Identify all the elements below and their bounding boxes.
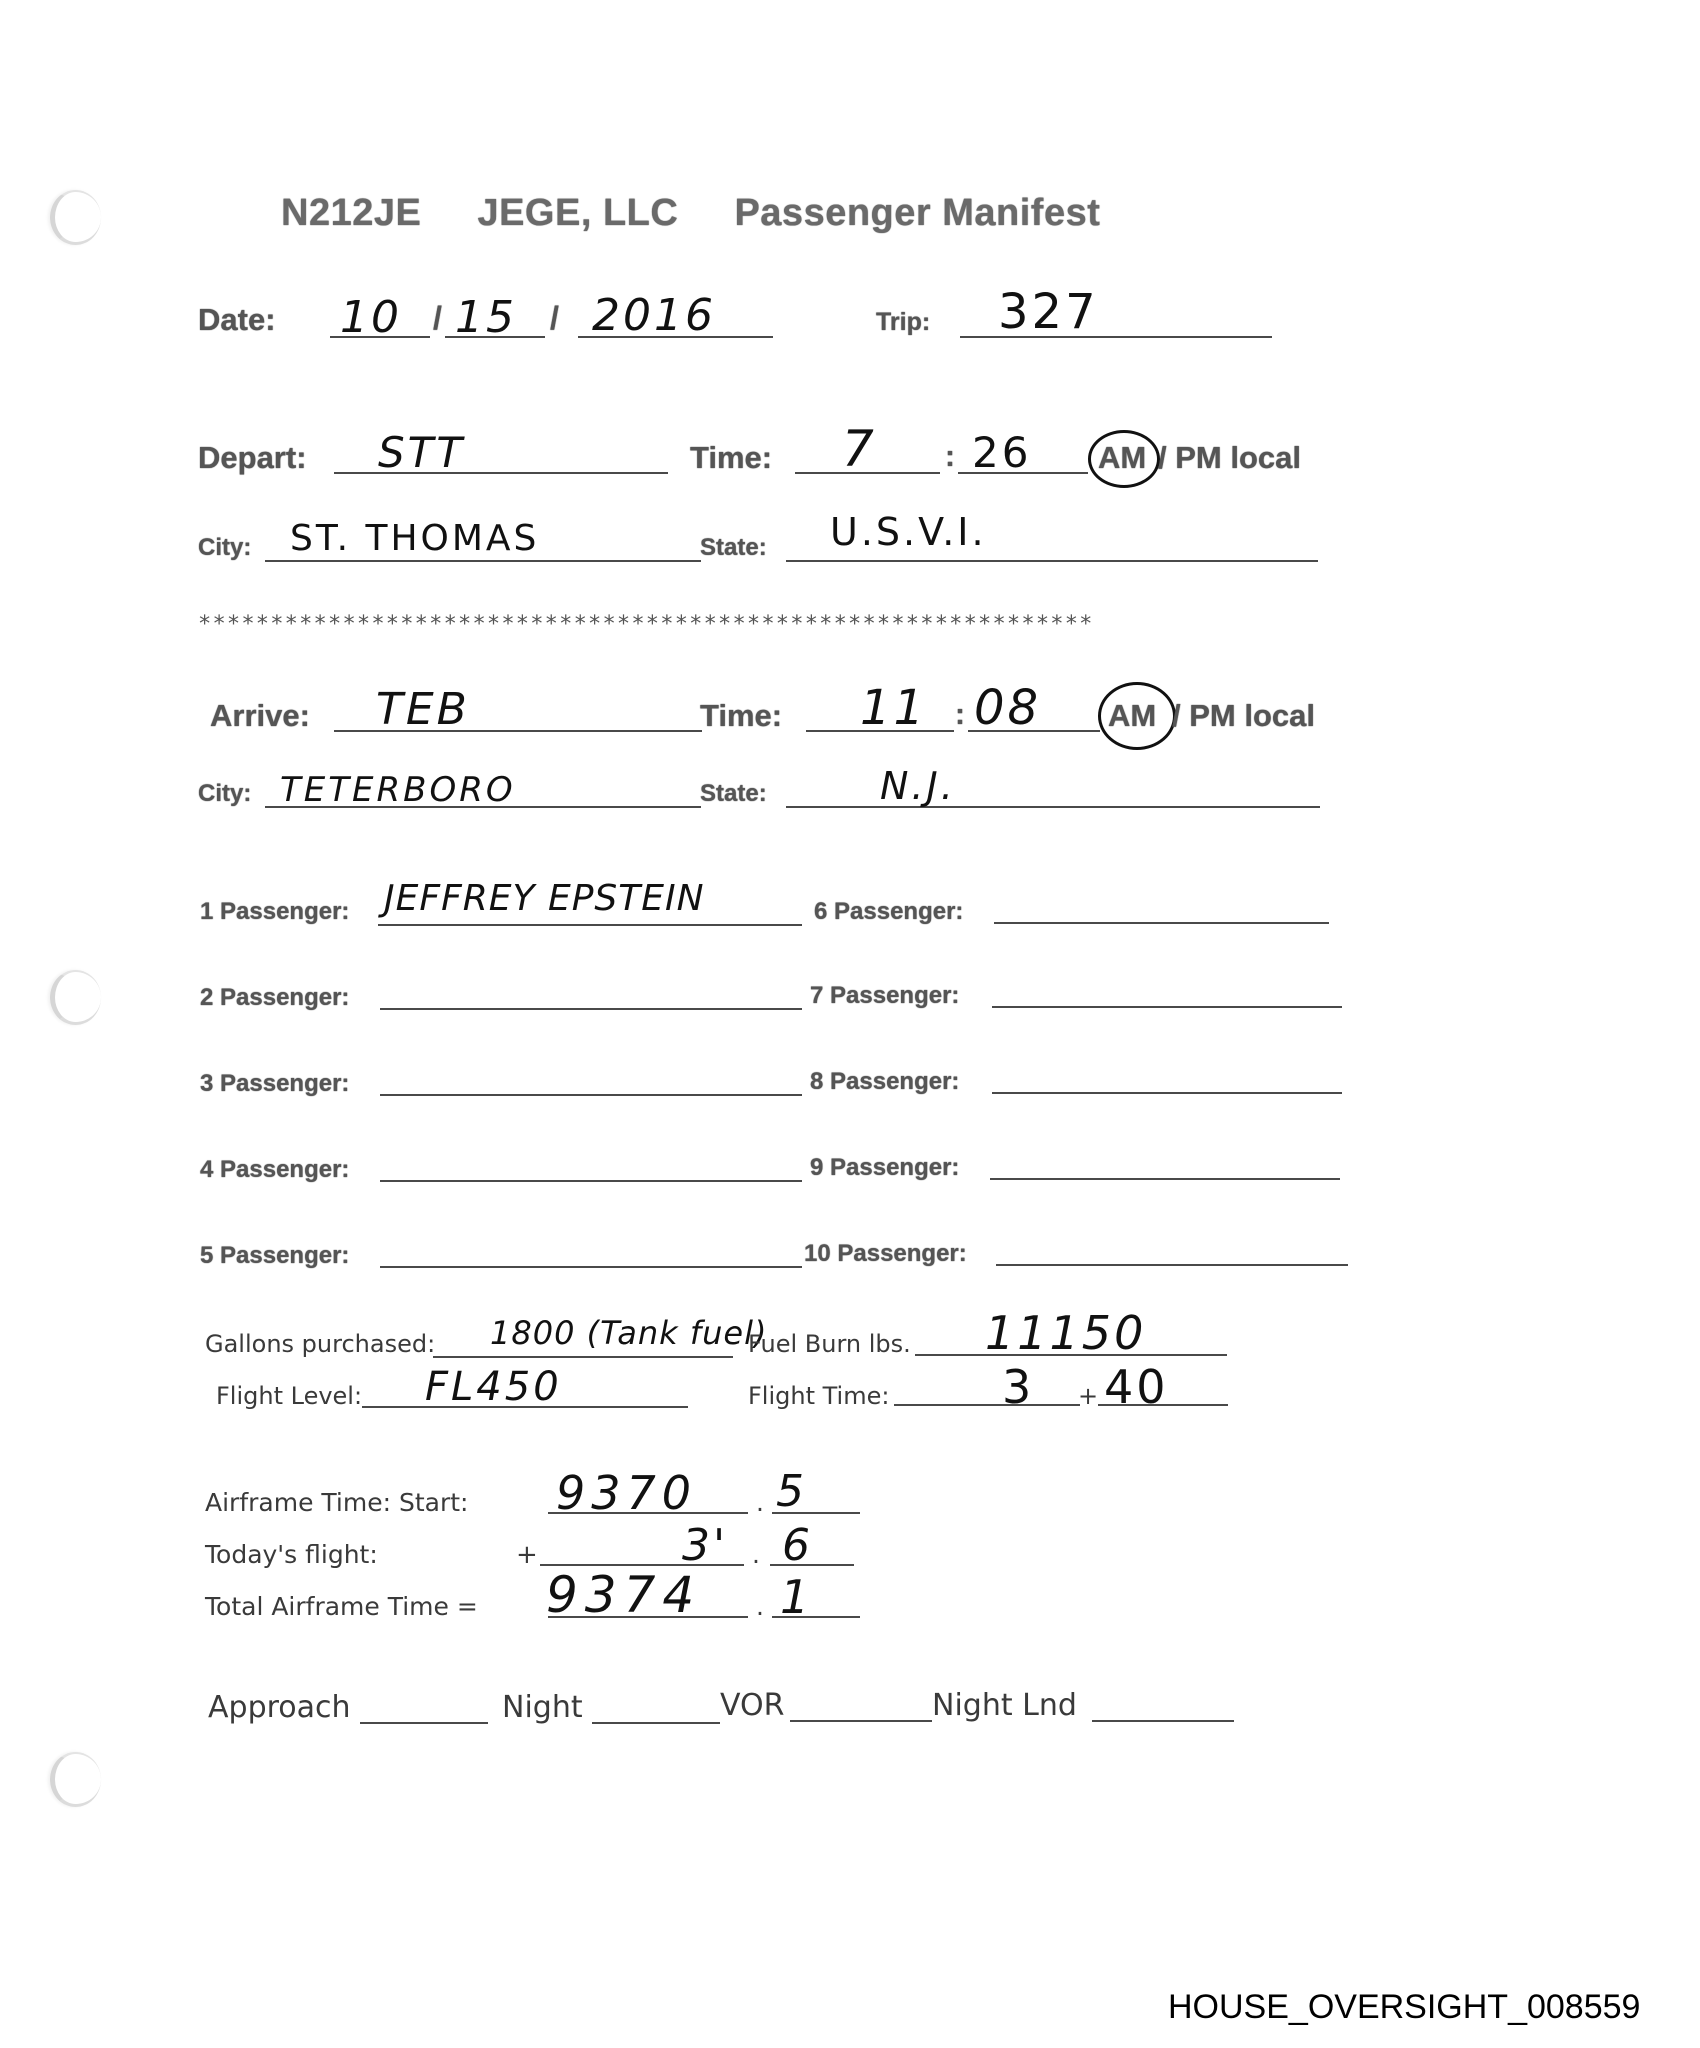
trip-label: Trip:: [876, 308, 930, 337]
arrive-time-colon: :: [955, 698, 965, 732]
passenger-10-field[interactable]: [996, 1264, 1348, 1266]
passenger-5-field[interactable]: [380, 1266, 802, 1268]
depart-city-field[interactable]: [265, 560, 701, 562]
depart-state-value: U.S.V.I.: [830, 510, 987, 554]
flight-time-separator: +: [1078, 1382, 1098, 1410]
flight-level-label: Flight Level:: [216, 1382, 362, 1410]
depart-city-value: ST. THOMAS: [290, 518, 539, 559]
passenger-1-name: JEFFREY EPSTEIN: [384, 878, 705, 919]
depart-am-selected-circle: [1088, 430, 1160, 488]
passenger-10-label: 10 Passenger:: [804, 1240, 967, 1268]
arrive-minute-value: 08: [974, 680, 1041, 736]
passenger-9-label: 9 Passenger:: [810, 1154, 959, 1182]
approach-label: Approach: [208, 1690, 351, 1725]
passenger-9-field[interactable]: [990, 1178, 1340, 1180]
passenger-1-label: 1 Passenger:: [200, 898, 349, 926]
depart-pm-local-label[interactable]: / PM local: [1158, 440, 1301, 476]
arrive-city-value: TETERBORO: [280, 770, 516, 810]
depart-airport-value: STT: [378, 428, 465, 477]
section-separator: ****************************************…: [198, 612, 1094, 637]
form-header: N212JE JEGE, LLC Passenger Manifest: [281, 192, 1100, 235]
night-label: Night: [502, 1690, 583, 1725]
passenger-5-label: 5 Passenger:: [200, 1242, 349, 1270]
vor-field[interactable]: [790, 1720, 932, 1722]
arrive-am-selected-circle: [1098, 682, 1176, 750]
todays-flight-tenth-value: 6: [782, 1520, 813, 1571]
depart-hour-value: 7: [842, 420, 877, 478]
passenger-2-field[interactable]: [380, 1008, 802, 1010]
todays-flight-plus: +: [516, 1540, 538, 1570]
punch-hole-top: [50, 190, 101, 245]
flight-time-hours-field[interactable]: [894, 1404, 1080, 1406]
flight-time-label: Flight Time:: [748, 1382, 889, 1410]
total-airframe-decimal: .: [756, 1592, 764, 1621]
vor-label: VOR: [720, 1688, 784, 1723]
passenger-6-label: 6 Passenger:: [814, 898, 963, 926]
punch-hole-middle: [50, 970, 101, 1025]
airframe-start-label: Airframe Time: Start:: [205, 1488, 468, 1517]
punch-hole-bottom: [50, 1752, 101, 1807]
arrive-state-label: State:: [700, 780, 767, 808]
arrive-time-label: Time:: [700, 698, 782, 734]
fuel-burn-label: Fuel Burn lbs.: [748, 1330, 911, 1358]
form-title: Passenger Manifest: [734, 192, 1100, 234]
todays-flight-label: Today's flight:: [205, 1540, 378, 1569]
airframe-start-decimal: .: [756, 1488, 764, 1517]
airframe-start-whole-value: 9370: [556, 1466, 697, 1520]
arrive-pm-local-label[interactable]: / PM local: [1172, 698, 1315, 734]
arrive-state-field[interactable]: [786, 806, 1320, 808]
passenger-8-field[interactable]: [992, 1092, 1342, 1094]
passenger-3-field[interactable]: [380, 1094, 802, 1096]
depart-minute-value: 26: [972, 428, 1031, 477]
gallons-field[interactable]: [433, 1356, 733, 1358]
night-landing-field[interactable]: [1092, 1720, 1234, 1722]
passenger-4-label: 4 Passenger:: [200, 1156, 349, 1184]
depart-state-field[interactable]: [786, 560, 1318, 562]
date-label: Date:: [198, 302, 276, 338]
passenger-8-label: 8 Passenger:: [810, 1068, 959, 1096]
date-year-value: 2016: [592, 290, 716, 341]
depart-time-colon: :: [945, 440, 955, 474]
passenger-3-label: 3 Passenger:: [200, 1070, 349, 1098]
date-day-value: 15: [455, 292, 517, 343]
flight-level-value: FL450: [425, 1364, 562, 1410]
arrive-airport-value: TEB: [376, 684, 470, 735]
night-field[interactable]: [592, 1722, 720, 1724]
date-separator: /: [433, 300, 442, 337]
depart-state-label: State:: [700, 534, 767, 562]
arrive-label: Arrive:: [210, 698, 310, 734]
gallons-value: 1800 (Tank fuel): [490, 1314, 767, 1352]
passenger-2-label: 2 Passenger:: [200, 984, 349, 1012]
todays-flight-whole-value: 3': [682, 1520, 728, 1571]
company-name: JEGE, LLC: [477, 192, 678, 234]
flight-time-minutes-value: 40: [1104, 1360, 1169, 1414]
total-airframe-label: Total Airframe Time =: [205, 1592, 478, 1621]
depart-label: Depart:: [198, 440, 307, 476]
trip-value: 327: [998, 284, 1099, 340]
total-airframe-tenth-value: 1: [780, 1570, 812, 1624]
passenger-7-field[interactable]: [992, 1006, 1342, 1008]
arrive-city-label: City:: [198, 780, 251, 808]
passenger-4-field[interactable]: [380, 1180, 802, 1182]
airframe-start-tenth-value: 5: [776, 1466, 807, 1517]
flight-time-hours-value: 3: [1002, 1360, 1034, 1414]
passenger-7-label: 7 Passenger:: [810, 982, 959, 1010]
todays-flight-decimal: .: [752, 1540, 760, 1569]
passenger-1-field[interactable]: [378, 924, 802, 926]
approach-field[interactable]: [360, 1722, 488, 1724]
gallons-label: Gallons purchased:: [205, 1330, 435, 1358]
arrive-hour-value: 11: [860, 680, 927, 736]
tail-number: N212JE: [281, 192, 421, 234]
depart-city-label: City:: [198, 534, 251, 562]
fuel-burn-value: 11150: [985, 1306, 1146, 1360]
depart-time-label: Time:: [690, 440, 772, 476]
date-separator-2: /: [550, 300, 559, 337]
arrive-state-value: N.J.: [880, 764, 956, 808]
night-landing-label: Night Lnd: [932, 1688, 1077, 1723]
bates-number: HOUSE_OVERSIGHT_008559: [1168, 1988, 1640, 2027]
total-airframe-whole-value: 9374: [546, 1566, 701, 1624]
date-month-value: 10: [340, 292, 402, 343]
passenger-6-field[interactable]: [994, 922, 1329, 924]
